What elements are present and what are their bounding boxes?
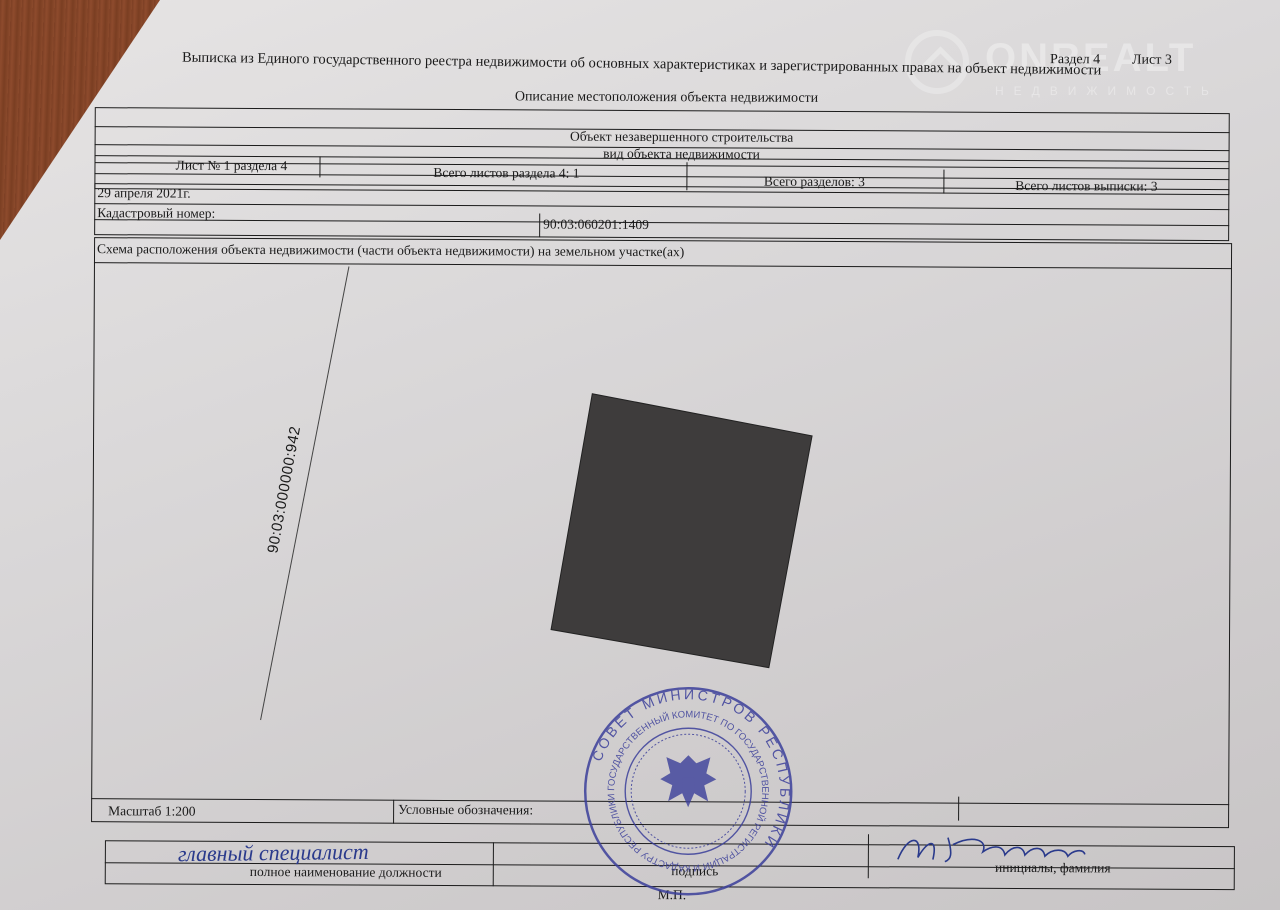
coat-of-arms-icon — [660, 755, 716, 807]
signature-scribble — [893, 829, 1093, 870]
building-footprint — [551, 394, 812, 668]
scale-label: Масштаб 1:200 — [108, 803, 196, 819]
position-caption: полное наименование должности — [250, 864, 442, 881]
position-handwritten: главный специалист — [178, 839, 369, 867]
official-stamp: СОВЕТ МИНИСТРОВ РЕСПУБЛИКИ ГОСУДАРСТВЕНН… — [582, 685, 795, 898]
legend-label: Условные обозначения: — [398, 802, 533, 819]
extract-document: Выписка из Единого государственного реес… — [0, 0, 1280, 910]
